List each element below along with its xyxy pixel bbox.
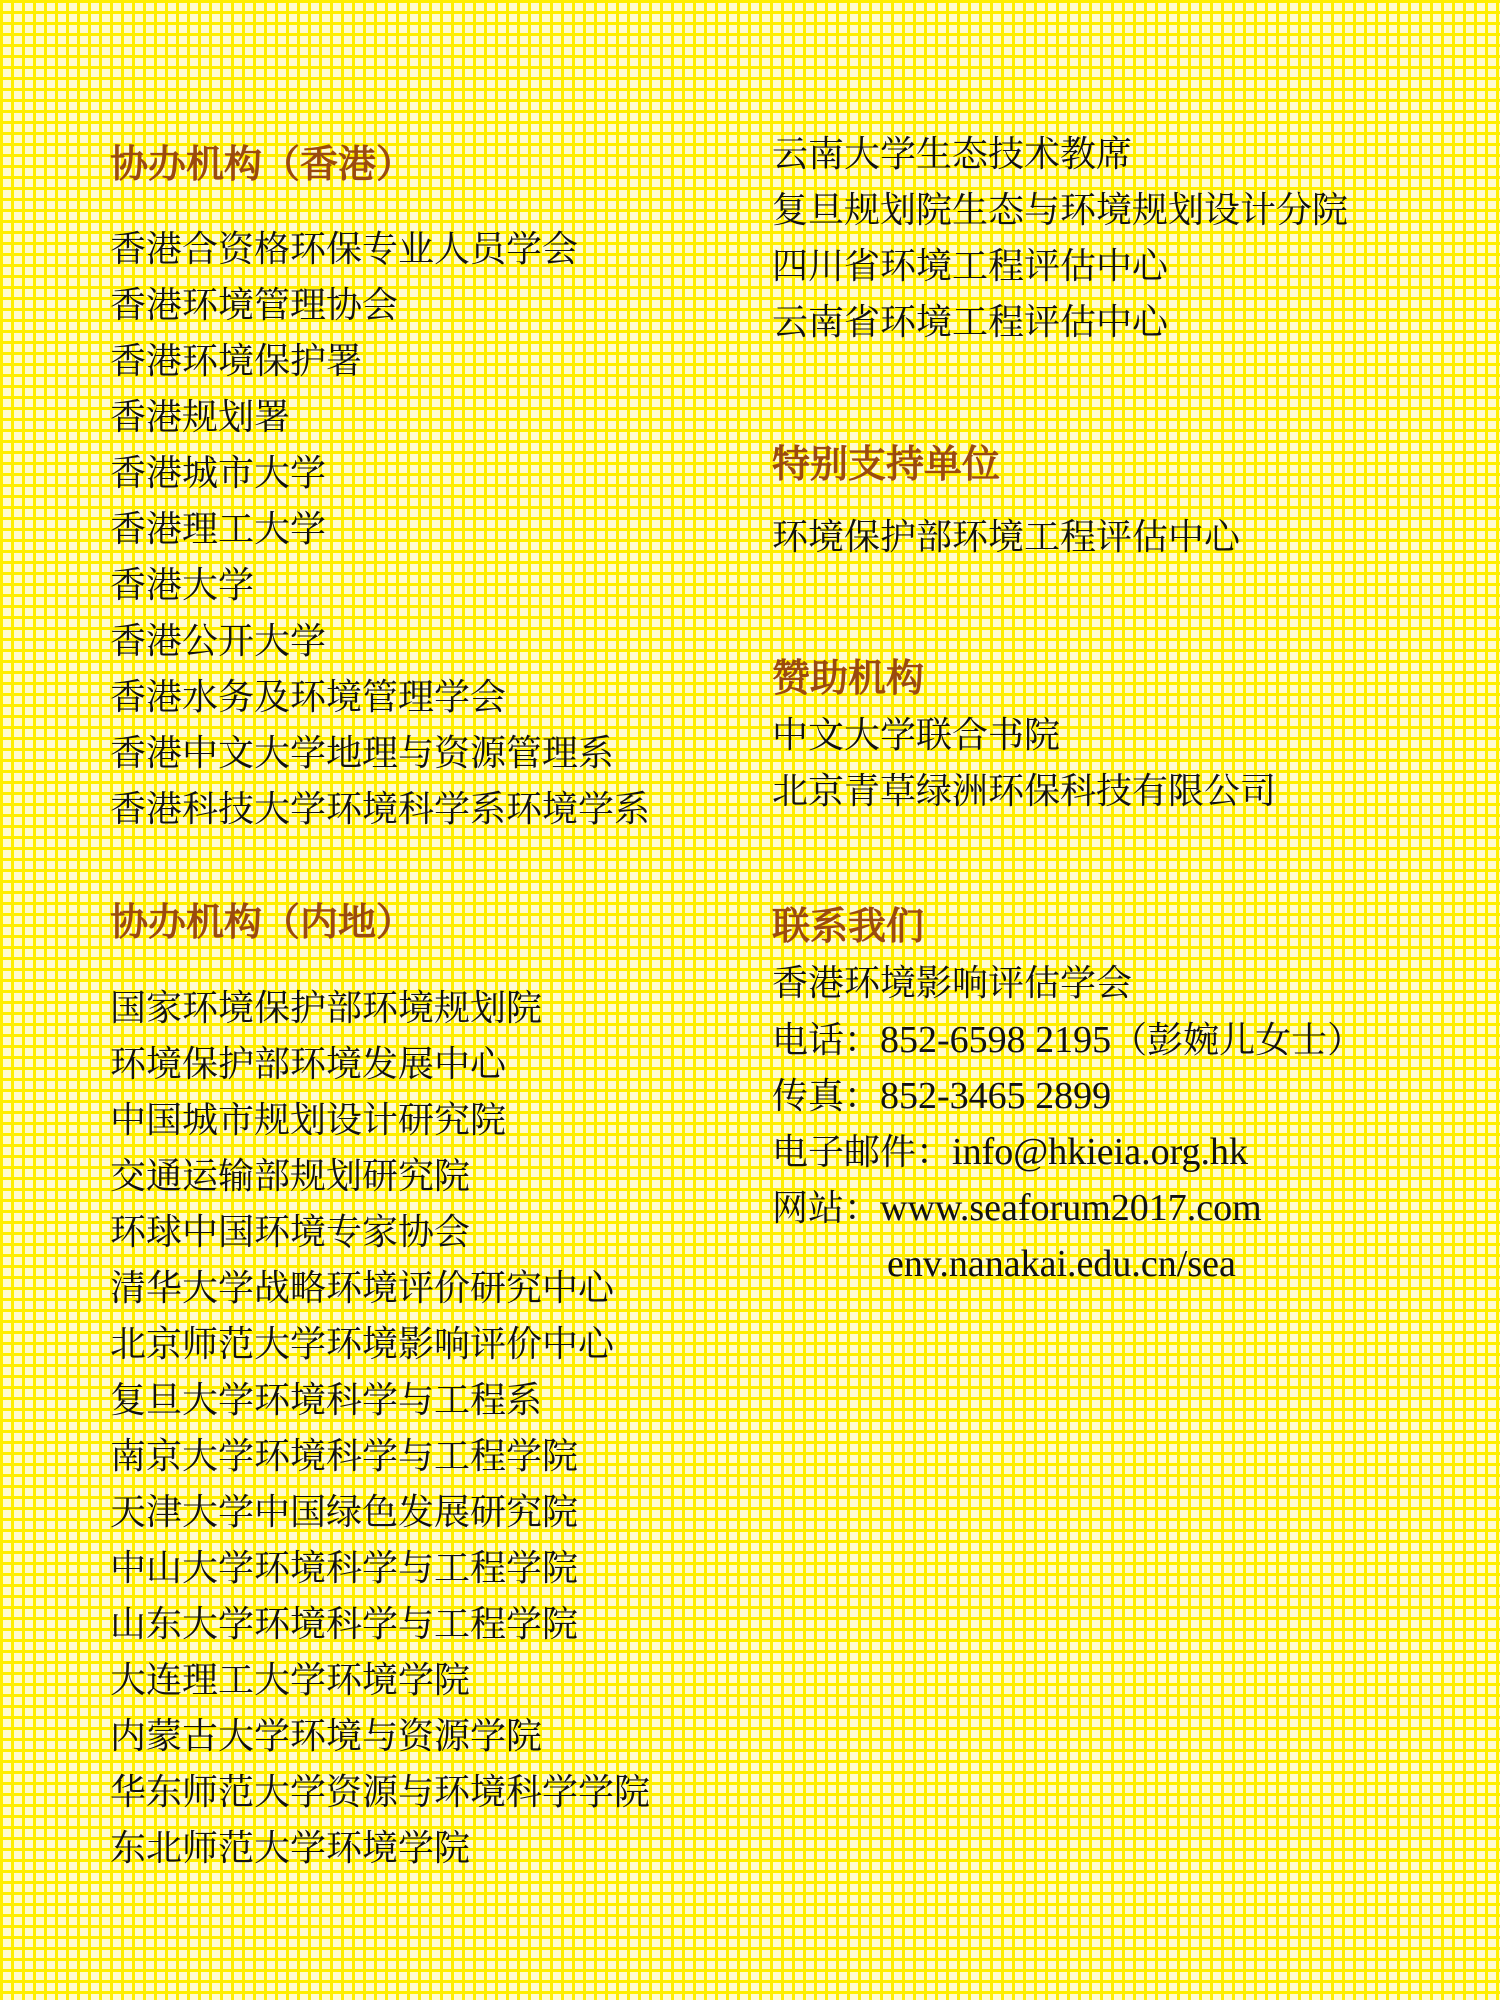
list-item: 中国城市规划设计研究院	[110, 1093, 650, 1149]
list-item: 东北师范大学环境学院	[110, 1821, 650, 1877]
phone-note: （彭婉儿女士）	[1111, 1020, 1363, 1061]
website-link-1[interactable]: www.seaforum2017.com	[880, 1187, 1262, 1229]
contact-fax-row: 传真：852-3465 2899	[772, 1068, 1363, 1124]
hk-co-organizers-list: 香港合资格环保专业人员学会 香港环境管理协会 香港环境保护署 香港规划署 香港城…	[110, 222, 650, 838]
list-item: 香港环境保护署	[110, 334, 650, 390]
section-title-special-support: 特别支持单位	[772, 442, 1000, 486]
list-item: 内蒙古大学环境与资源学院	[110, 1709, 650, 1765]
section-title-sponsors: 赞助机构	[772, 656, 924, 700]
list-item: 香港中文大学地理与资源管理系	[110, 726, 650, 782]
email-label: 电子邮件：	[772, 1132, 952, 1173]
list-item: 环境保护部环境发展中心	[110, 1037, 650, 1093]
list-item: 香港理工大学	[110, 502, 650, 558]
list-item: 北京青草绿洲环保科技有限公司	[772, 764, 1276, 820]
special-support-list: 环境保护部环境工程评估中心	[772, 510, 1240, 566]
section-title-hk-co-organizers: 协办机构（香港）	[110, 142, 414, 186]
fax-value: 852-3465 2899	[880, 1075, 1111, 1117]
list-item: 复旦大学环境科学与工程系	[110, 1373, 650, 1429]
contact-website-row: 网站：www.seaforum2017.com	[772, 1180, 1363, 1236]
contact-block: 香港环境影响评估学会 电话：852-6598 2195（彭婉儿女士） 传真：85…	[772, 956, 1363, 1292]
list-item: 大连理工大学环境学院	[110, 1653, 650, 1709]
phone-value[interactable]: 852-6598 2195	[880, 1019, 1111, 1061]
list-item: 南京大学环境科学与工程学院	[110, 1429, 650, 1485]
list-item: 中山大学环境科学与工程学院	[110, 1541, 650, 1597]
list-item: 香港城市大学	[110, 446, 650, 502]
phone-label: 电话：	[772, 1020, 880, 1061]
mainland-co-organizers-list-continued: 云南大学生态技术教席 复旦规划院生态与环境规划设计分院 四川省环境工程评估中心 …	[772, 127, 1348, 351]
list-item: 香港公开大学	[110, 614, 650, 670]
list-item: 云南大学生态技术教席	[772, 127, 1348, 183]
list-item: 香港科技大学环境科学系环境学系	[110, 782, 650, 838]
list-item: 香港水务及环境管理学会	[110, 670, 650, 726]
contact-organization: 香港环境影响评估学会	[772, 956, 1363, 1012]
list-item: 天津大学中国绿色发展研究院	[110, 1485, 650, 1541]
list-item: 华东师范大学资源与环境科学学院	[110, 1765, 650, 1821]
contact-email-row: 电子邮件：info@hkieia.org.hk	[772, 1124, 1363, 1180]
list-item: 交通运输部规划研究院	[110, 1149, 650, 1205]
list-item: 环球中国环境专家协会	[110, 1205, 650, 1261]
section-title-mainland-co-organizers: 协办机构（内地）	[110, 900, 414, 944]
mainland-co-organizers-list: 国家环境保护部环境规划院 环境保护部环境发展中心 中国城市规划设计研究院 交通运…	[110, 981, 650, 1877]
list-item: 中文大学联合书院	[772, 708, 1276, 764]
list-item: 香港环境管理协会	[110, 278, 650, 334]
list-item: 香港合资格环保专业人员学会	[110, 222, 650, 278]
contact-phone-row: 电话：852-6598 2195（彭婉儿女士）	[772, 1012, 1363, 1068]
list-item: 云南省环境工程评估中心	[772, 295, 1348, 351]
list-item: 四川省环境工程评估中心	[772, 239, 1348, 295]
list-item: 山东大学环境科学与工程学院	[110, 1597, 650, 1653]
list-item: 国家环境保护部环境规划院	[110, 981, 650, 1037]
website-label: 网站：	[772, 1188, 880, 1229]
list-item: 香港规划署	[110, 390, 650, 446]
sponsors-list: 中文大学联合书院 北京青草绿洲环保科技有限公司	[772, 708, 1276, 820]
list-item: 香港大学	[110, 558, 650, 614]
list-item: 环境保护部环境工程评估中心	[772, 510, 1240, 566]
fax-label: 传真：	[772, 1076, 880, 1117]
list-item: 复旦规划院生态与环境规划设计分院	[772, 183, 1348, 239]
section-title-contact: 联系我们	[772, 904, 924, 948]
contact-website-row-2: env.nanakai.edu.cn/sea	[772, 1236, 1363, 1292]
list-item: 北京师范大学环境影响评价中心	[110, 1317, 650, 1373]
email-link[interactable]: info@hkieia.org.hk	[952, 1131, 1248, 1173]
website-link-2[interactable]: env.nanakai.edu.cn/sea	[887, 1243, 1236, 1285]
list-item: 清华大学战略环境评价研究中心	[110, 1261, 650, 1317]
